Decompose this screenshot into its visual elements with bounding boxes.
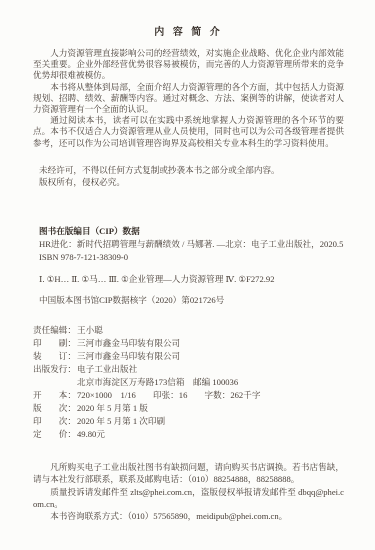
cip-classification: Ⅰ. ①H… Ⅱ. ①马… Ⅲ. ①企业管理—人力资源管理 Ⅳ. ①F272.9… [39,273,344,286]
colophon-label: 定 价： [33,428,77,441]
colophon-value: 49.80元 [77,429,105,439]
cip-data-section: 图书在版编目（CIP）数据 HR进化：新时代招聘管理与薪酬绩效 / 马娜著. —… [39,225,344,307]
colophon-label: 开 本： [33,389,77,402]
service-contact-section: 凡所购买电子工业出版社图书有缺损问题，请向购买书店调换。若书店售缺，请与本社发行… [33,461,344,523]
colophon-value: 电子工业出版社 [77,364,137,374]
colophon-row: 出版发行：电子工业出版社 [33,363,344,376]
content-summary-title: 内 容 简 介 [33,26,344,39]
footer-paragraph: 本书咨询联系方式：（010）57565890，meidipub@phei.com… [33,510,344,522]
cip-heading: 图书在版编目（CIP）数据 [39,225,344,238]
content-summary-section: 人力资源管理直接影响公司的经营绩效，对实施企业战略、优化企业内部效能至关重要。企… [33,48,344,149]
colophon-label: 印 刷： [33,337,77,350]
copyright-notice-line: 未经许可，不得以任何方式复制或抄袭本书之部分或全部内容。 [39,164,344,177]
cip-registry-number: 中国版本图书馆CIP数据核字（2020）第021726号 [39,294,344,307]
colophon-label: 版 次： [33,402,77,415]
colophon-row: 北京市海淀区万寿路173信箱 邮编 100036 [33,376,344,389]
colophon-value: 北京市海淀区万寿路173信箱 邮编 100036 [77,377,238,387]
colophon-value: 720×1000 1/16 印张：16 字数：262千字 [77,390,260,400]
colophon-value: 2020 年 5 月第 1 版 [77,403,148,413]
colophon-value: 2020 年 5 月第 1 次印刷 [77,416,165,426]
footer-paragraph: 质量投诉请发邮件至 zlts@phei.com.cn，盗版侵权举报请发邮件至 d… [33,486,344,511]
colophon-row: 印 刷：三河市鑫金马印装有限公司 [33,337,344,350]
intro-paragraph: 人力资源管理直接影响公司的经营绩效，对实施企业战略、优化企业内部效能至关重要。企… [33,48,344,82]
colophon-value: 王小聪 [77,325,103,335]
colophon-value: 三河市鑫金马印装有限公司 [77,338,180,348]
colophon-value: 三河市鑫金马印装有限公司 [77,351,180,361]
colophon-label: 印 次： [33,415,77,428]
colophon-label: 责任编辑： [33,324,77,337]
colophon-row: 装 订：三河市鑫金马印装有限公司 [33,350,344,363]
colophon-label: 出版发行： [33,363,77,376]
colophon-row: 版 次：2020 年 5 月第 1 版 [33,402,344,415]
colophon-row: 责任编辑：王小聪 [33,324,344,337]
colophon-label: 装 订： [33,350,77,363]
colophon-row: 印 次：2020 年 5 月第 1 次印刷 [33,415,344,428]
isbn-number: ISBN 978-7-121-38309-0 [39,251,344,264]
publication-info: 责任编辑：王小聪 印 刷：三河市鑫金马印装有限公司 装 订：三河市鑫金马印装有限… [33,324,344,441]
cip-book-description: HR进化：新时代招聘管理与薪酬绩效 / 马娜著. —北京：电子工业出版社，202… [39,238,344,251]
copyright-notice-line: 版权所有，侵权必究。 [39,176,344,189]
intro-paragraph: 通过阅读本书，读者可以在实践中系统地掌握人力资源管理的各个环节的要点。本书不仅适… [33,115,344,149]
book-copyright-page: 内 容 简 介 人力资源管理直接影响公司的经营绩效，对实施企业战略、优化企业内部… [0,0,375,550]
intro-paragraph: 本书将从整体到局部，全面介绍人力资源管理的各个方面，其中包括人力资源规划、招聘、… [33,82,344,116]
footer-paragraph: 凡所购买电子工业出版社图书有缺损问题，请向购买书店调换。若书店售缺，请与本社发行… [33,461,344,486]
colophon-row: 开 本：720×1000 1/16 印张：16 字数：262千字 [33,389,344,402]
colophon-row: 定 价：49.80元 [33,428,344,441]
copyright-notice: 未经许可，不得以任何方式复制或抄袭本书之部分或全部内容。 版权所有，侵权必究。 [39,164,344,189]
